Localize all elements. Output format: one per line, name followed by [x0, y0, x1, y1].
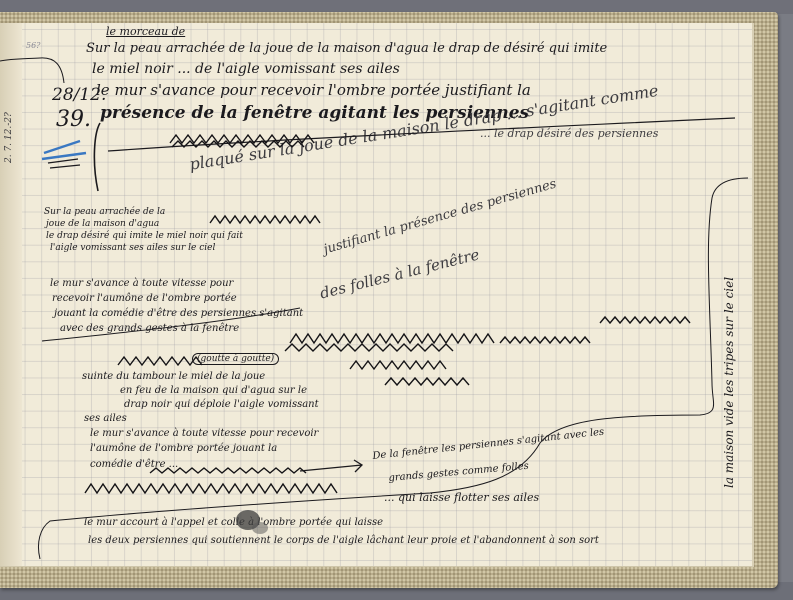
notebook-page: 56? 2. 7. 12.-2? 28/12. 39. le morceau d… — [0, 23, 754, 567]
ink-strokes — [0, 23, 752, 566]
